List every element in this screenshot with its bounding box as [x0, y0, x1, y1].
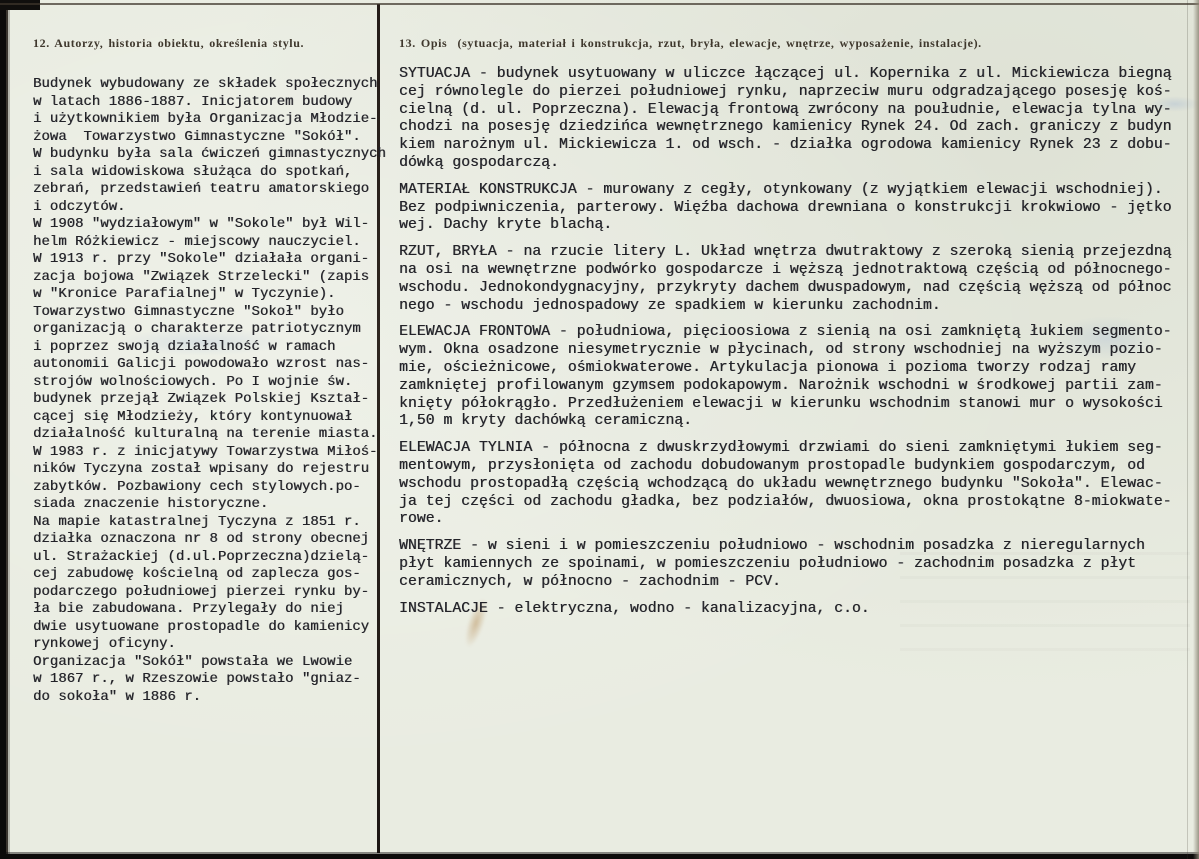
field-13-paragraph-material-konstrukcja: MATERIAŁ KONSTRUKCJA - murowany z cegły,…: [399, 182, 1191, 235]
field-12-section: 12. Autorzy, historia obiektu, określeni…: [33, 36, 399, 706]
field-13-paragraph-elewacja-tylnia: ELEWACJA TYLNIA - północna z dwuskrzydło…: [399, 440, 1191, 529]
paper-crease: [1187, 0, 1188, 859]
scanned-document-page: 12. Autorzy, historia obiektu, określeni…: [0, 0, 1199, 859]
scan-edge-corner: [0, 0, 40, 10]
scan-edge-right: [1193, 0, 1199, 859]
field-13-paragraph-wnetrze: WNĘTRZE - w sieni i w pomieszczeniu połu…: [399, 538, 1191, 591]
field-13-paragraph-sytuacja: SYTUACJA - budynek usytuowany w uliczce …: [399, 66, 1191, 173]
field-13-label: 13. Opis (sytuacja, materiał i konstrukc…: [399, 36, 1191, 50]
scan-edge-left: [0, 0, 10, 859]
field-13-paragraph-elewacja-frontowa: ELEWACJA FRONTOWA - południowa, pięcioos…: [399, 324, 1191, 431]
scan-edge-top: [0, 3, 1199, 5]
field-12-history-text: Budynek wybudowany ze składek społecznyc…: [33, 76, 399, 706]
field-13-section: 13. Opis (sytuacja, materiał i konstrukc…: [399, 36, 1191, 627]
field-13-paragraph-instalacje: INSTALACJE - elektryczna, wodno - kanali…: [399, 601, 1191, 619]
field-13-paragraph-rzut-bryla: RZUT, BRYŁA - na rzucie litery L. Układ …: [399, 244, 1191, 315]
field-12-label: 12. Autorzy, historia obiektu, określeni…: [33, 36, 399, 50]
field-13-description: SYTUACJA - budynek usytuowany w uliczce …: [399, 66, 1191, 618]
scan-edge-bottom: [0, 852, 1199, 859]
